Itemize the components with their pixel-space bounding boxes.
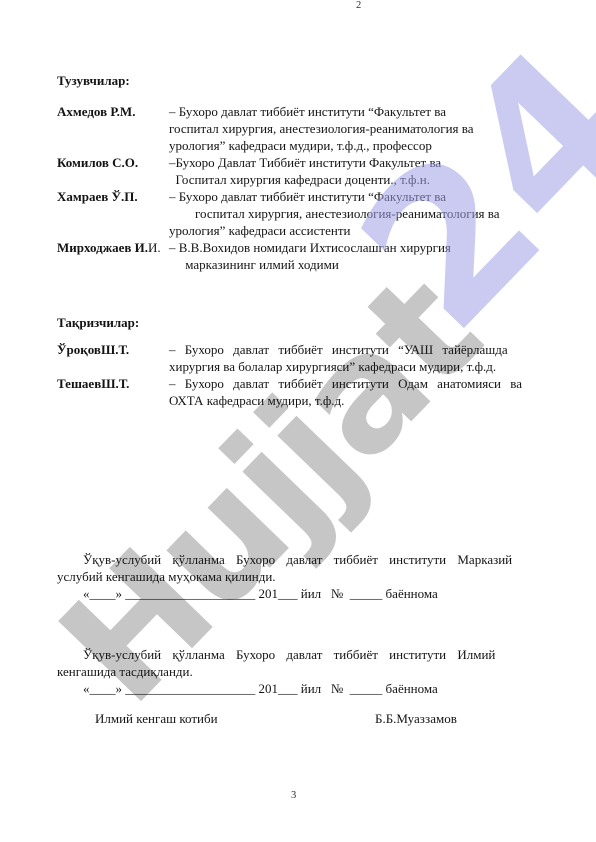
paragraph-line: кенгашида тасдиқланди. — [57, 663, 540, 680]
description-line: хирургия ва болалар хирургияси” кафедрас… — [169, 358, 540, 375]
person-description: – В.В.Вохидов номидаги Ихтисослашган хир… — [169, 239, 540, 273]
document-page: Hujjat 2 Тузувчилар: Ахмедов Р.М.– Бухор… — [0, 0, 596, 842]
description-line: ОХТА кафедраси мудири, т.ф.д. — [169, 392, 540, 409]
entry-row: Мирходжаев И.И.– В.В.Вохидов номидаги Их… — [57, 239, 540, 273]
entry-row: ТешаевШ.Т.– Бухоро давлат тиббиёт инстит… — [57, 375, 540, 409]
signature-person-name: Б.Б.Муаззамов — [375, 710, 457, 727]
approval-paragraph-central-council: Ўқув-услубий қўлланма Бухоро давлат тибб… — [57, 551, 540, 602]
page-number-bottom: 3 — [291, 790, 296, 801]
description-line: госпитал хирургия, анестезиология-реаним… — [169, 120, 540, 137]
person-description: – Бухоро давлат тиббиёт институти “Факул… — [169, 103, 540, 154]
description-line: – Бухоро давлат тиббиёт институти “УАШ т… — [169, 341, 540, 358]
contributors-heading: Тузувчилар: — [57, 72, 130, 89]
paragraph-line: «____» ____________________ 201___ йил №… — [57, 585, 540, 602]
description-line: – Бухоро давлат тиббиёт институти “Факул… — [169, 188, 540, 205]
entry-row: Хамраев Ў.П.– Бухоро давлат тиббиёт инст… — [57, 188, 540, 239]
description-line: – В.В.Вохидов номидаги Ихтисослашган хир… — [169, 239, 540, 256]
reviewers-heading: Тақризчилар: — [57, 314, 139, 331]
person-name-suffix: И. — [148, 240, 161, 255]
person-description: – Бухоро давлат тиббиёт институти “Факул… — [169, 188, 540, 239]
person-description: – Бухоро давлат тиббиёт институти Одам а… — [169, 375, 540, 409]
person-name: ТешаевШ.Т. — [57, 375, 169, 392]
description-line: –Бухоро Давлат Тиббиёт институти Факульт… — [169, 154, 540, 171]
description-line: – Бухоро давлат тиббиёт институти Одам а… — [169, 375, 540, 392]
paragraph-line: Ўқув-услубий қўлланма Бухоро давлат тибб… — [57, 551, 540, 568]
approval-paragraph-scientific-council: Ўқув-услубий қўлланма Бухоро давлат тибб… — [57, 646, 540, 697]
person-description: –Бухоро Давлат Тиббиёт институти Факульт… — [169, 154, 540, 188]
paragraph-line: «____» ____________________ 201___ йил №… — [57, 680, 540, 697]
description-line: Госпитал хирургия кафедраси доценти., т.… — [169, 171, 540, 188]
signature-role-label: Илмий кенгаш котиби — [95, 710, 218, 727]
entry-row: Ахмедов Р.М.– Бухоро давлат тиббиёт инст… — [57, 103, 540, 154]
description-line: марказининг илмий ходими — [169, 256, 540, 273]
description-line: госпитал хирургия, анестезиология-реаним… — [169, 205, 540, 222]
paragraph-line: Ўқув-услубий қўлланма Бухоро давлат тибб… — [57, 646, 540, 663]
description-line: урология” кафедраси ассистенти — [169, 222, 540, 239]
person-name: Комилов С.О. — [57, 154, 169, 171]
person-name: Ахмедов Р.М. — [57, 103, 169, 120]
paragraph-line: услубий кенгашида муҳокама қилинди. — [57, 568, 540, 585]
description-line: урология” кафедраси мудири, т.ф.д., проф… — [169, 137, 540, 154]
description-line: – Бухоро давлат тиббиёт институти “Факул… — [169, 103, 540, 120]
person-name: Мирходжаев И.И. — [57, 239, 169, 256]
person-description: – Бухоро давлат тиббиёт институти “УАШ т… — [169, 341, 540, 375]
contributors-list: Ахмедов Р.М.– Бухоро давлат тиббиёт инст… — [57, 103, 540, 273]
entry-row: Комилов С.О.–Бухоро Давлат Тиббиёт инсти… — [57, 154, 540, 188]
page-number-top: 2 — [356, 0, 361, 11]
person-name: ЎроқовШ.Т. — [57, 341, 169, 358]
person-name: Хамраев Ў.П. — [57, 188, 169, 205]
entry-row: ЎроқовШ.Т.– Бухоро давлат тиббиёт инстит… — [57, 341, 540, 375]
reviewers-list: ЎроқовШ.Т.– Бухоро давлат тиббиёт инстит… — [57, 341, 540, 409]
